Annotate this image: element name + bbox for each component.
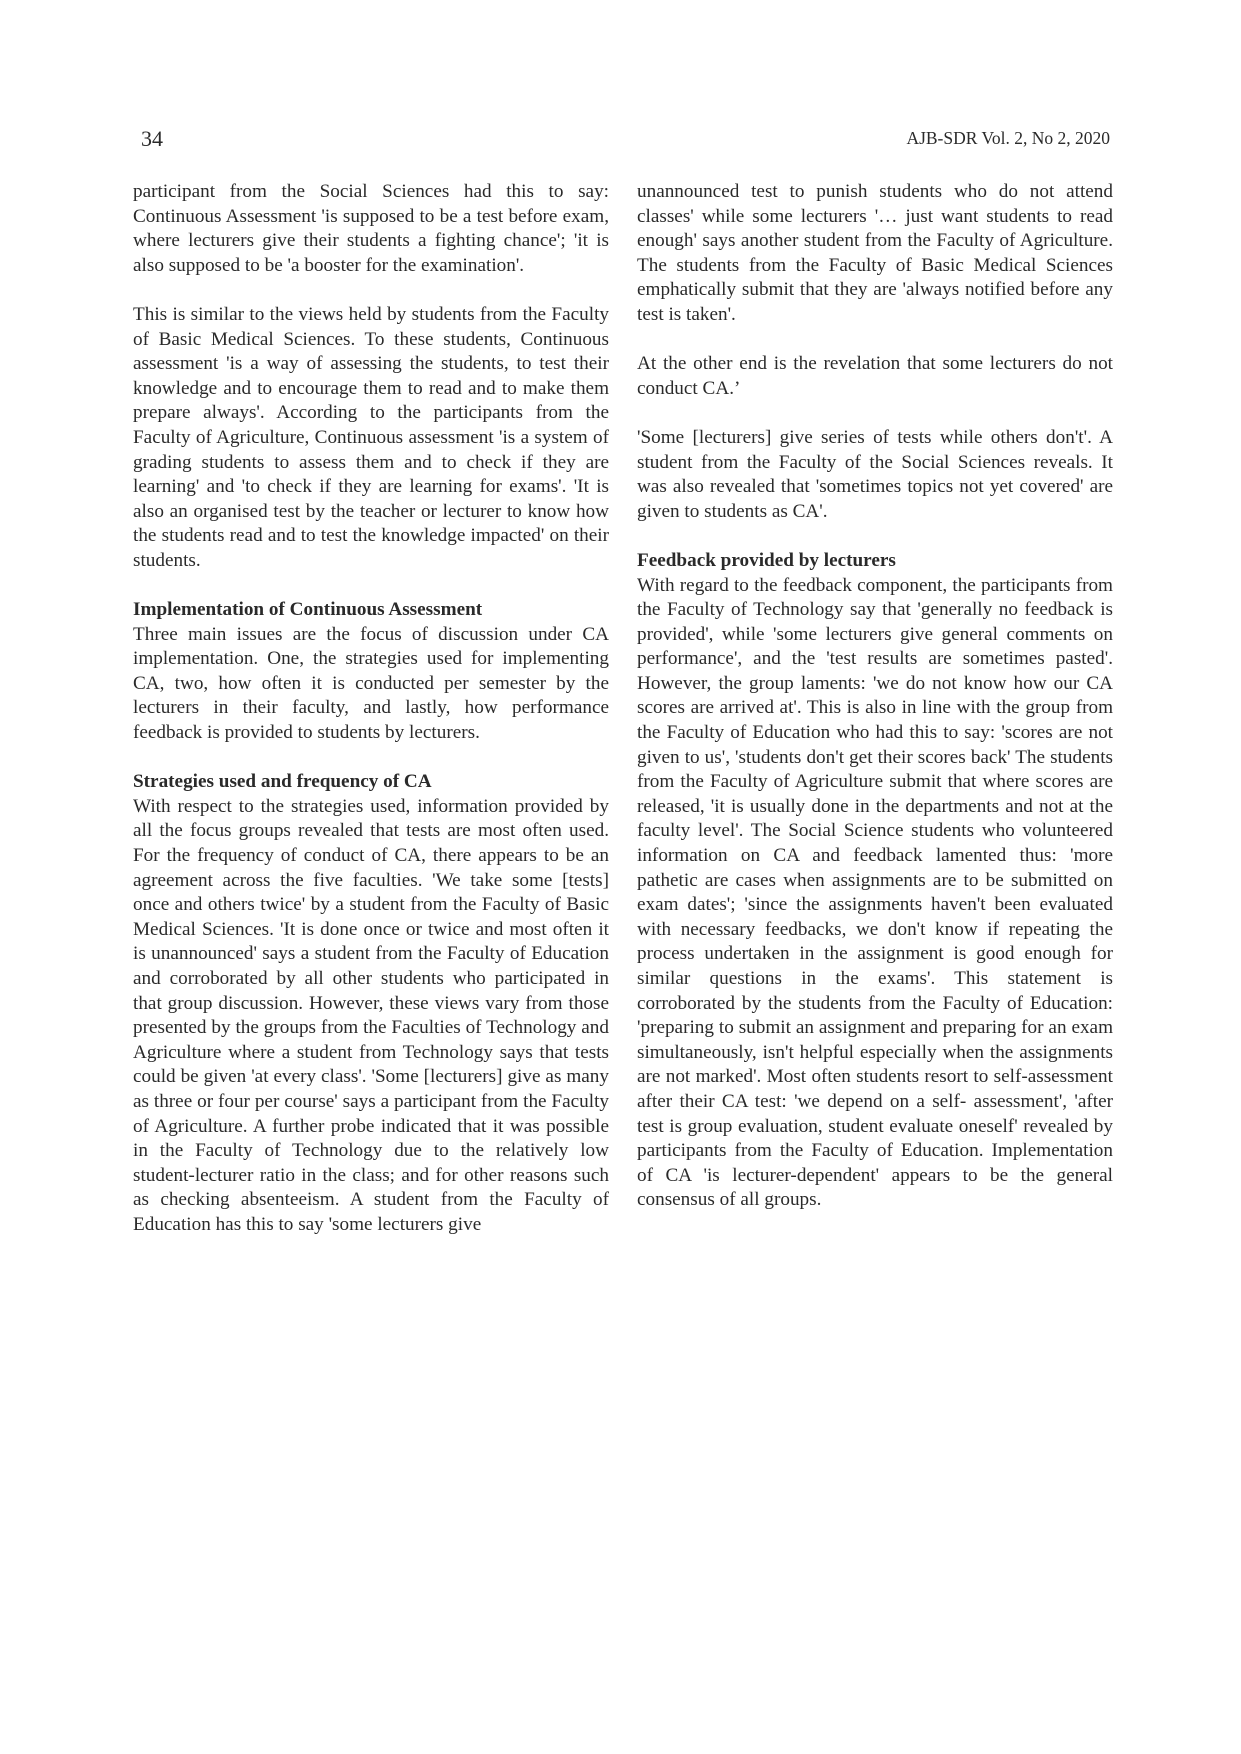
paragraph: Three main issues are the focus of discu… (133, 623, 609, 746)
paragraph: This is similar to the views held by stu… (133, 303, 609, 574)
section-heading: Implementation of Continuous Assessment (133, 598, 609, 623)
journal-reference: AJB-SDR Vol. 2, No 2, 2020 (906, 128, 1110, 149)
paragraph: 'Some [lecturers] give series of tests w… (637, 426, 1113, 524)
page-header: 34 AJB-SDR Vol. 2, No 2, 2020 (133, 126, 1110, 156)
page-number: 34 (141, 126, 163, 152)
right-column: unannounced test to punish students who … (637, 180, 1113, 1213)
section-heading: Feedback provided by lecturers (637, 549, 1113, 574)
paragraph: With regard to the feedback component, t… (637, 574, 1113, 1213)
paragraph: participant from the Social Sciences had… (133, 180, 609, 278)
paragraph: With respect to the strategies used, inf… (133, 795, 609, 1238)
section-heading: Strategies used and frequency of CA (133, 770, 609, 795)
left-column: participant from the Social Sciences had… (133, 180, 609, 1238)
paragraph: unannounced test to punish students who … (637, 180, 1113, 328)
paragraph: At the other end is the revelation that … (637, 352, 1113, 401)
